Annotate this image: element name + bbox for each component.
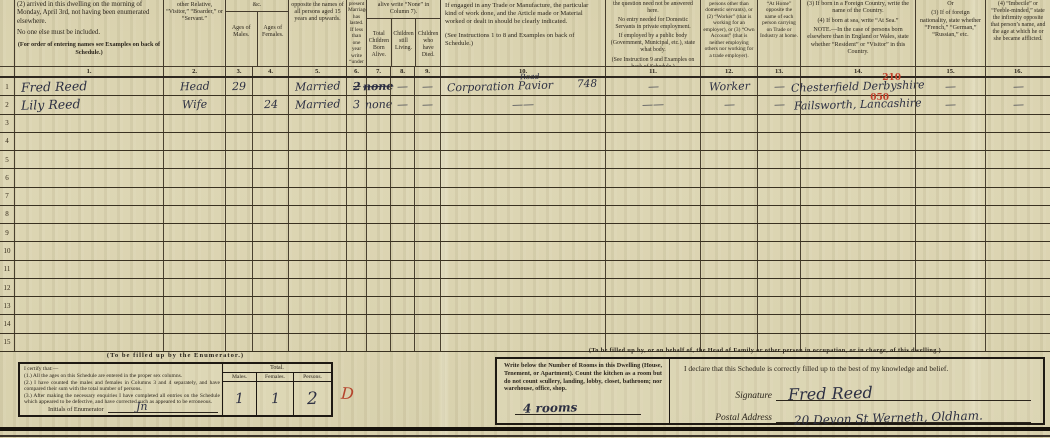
table-cell xyxy=(757,133,800,150)
table-cell xyxy=(915,224,985,241)
table-cell xyxy=(414,279,440,296)
table-cell xyxy=(346,188,366,205)
table-cell xyxy=(440,224,605,241)
column-header-working-at-home: “At Home” opposite the name of each pers… xyxy=(757,0,800,66)
column-header-band: (2) arrived in this dwelling on the morn… xyxy=(0,0,1050,66)
clerk-annotation: Road xyxy=(520,72,540,82)
handwritten-entry: 29 xyxy=(232,80,246,93)
table-cell xyxy=(366,261,390,278)
totals-col-persons: Persons. xyxy=(293,373,331,381)
table-cell xyxy=(605,169,700,186)
table-cell: 29 xyxy=(225,78,252,95)
table-cell xyxy=(163,224,225,241)
handwritten-entry: Corporation Pavior xyxy=(447,79,553,95)
red-ink-annotation: D xyxy=(341,384,355,404)
table-cell xyxy=(605,297,700,314)
table-cell xyxy=(985,224,1050,241)
table-row: 5 xyxy=(0,151,1050,169)
table-cell xyxy=(225,334,252,351)
table-cell xyxy=(252,115,288,132)
column-header-marriage-years: present Marriage has lasted. If less tha… xyxy=(346,0,366,66)
table-cell xyxy=(225,224,252,241)
handwritten-entry: — xyxy=(723,98,734,111)
table-cell xyxy=(414,115,440,132)
table-cell xyxy=(440,133,605,150)
table-cell xyxy=(915,151,985,168)
column-header-marriage: opposite the names of all persons aged 1… xyxy=(288,0,346,66)
table-cell xyxy=(252,315,288,332)
table-cell xyxy=(252,242,288,259)
column-number: 5. xyxy=(288,67,346,76)
table-cell xyxy=(414,334,440,351)
header-text: If employed by a public body (Government… xyxy=(609,33,697,54)
column-header-occupation: If engaged in any Trade or Manufacture, … xyxy=(440,0,605,66)
table-cell xyxy=(288,297,346,314)
table-cell xyxy=(605,133,700,150)
table-cell: — xyxy=(414,78,440,95)
table-cell xyxy=(440,115,605,132)
rooms-instruction-box: Write below the Number of Rooms in this … xyxy=(497,359,670,423)
total-males-value: 1 xyxy=(235,390,244,406)
table-cell xyxy=(346,334,366,351)
table-cell xyxy=(14,224,163,241)
table-cell xyxy=(440,297,605,314)
totals-header-row: Males. Females. Persons. xyxy=(223,373,331,382)
certify-intro: I certify that:— xyxy=(24,366,220,372)
rooms-answer-line: 4 rooms xyxy=(515,401,641,415)
handwritten-entry: — xyxy=(647,80,658,93)
postal-address-row: Postal Address 20 Devon St Werneth, Oldh… xyxy=(684,407,1031,423)
table-cell xyxy=(414,224,440,241)
column-number: 4. xyxy=(252,67,288,76)
header-text: (3) If born in a Foreign Country, write … xyxy=(804,1,912,16)
column-header-ages-females: Ages of Females. xyxy=(257,12,289,66)
table-cell xyxy=(390,315,414,332)
column-number: 11. xyxy=(605,67,700,76)
table-cell: — xyxy=(605,78,700,95)
rooms-handwritten-value: 4 rooms xyxy=(523,400,578,416)
table-cell xyxy=(346,242,366,259)
header-text: alive write “None” in Column 7). xyxy=(367,0,440,19)
table-cell xyxy=(700,206,757,223)
table-cell xyxy=(163,169,225,186)
table-cell xyxy=(605,261,700,278)
postal-address-handwritten: 20 Devon St Werneth, Oldham. xyxy=(794,409,983,428)
table-cell xyxy=(440,315,605,332)
column-header-relationship: other Relative, “Visitor,” “Boarder,” or… xyxy=(163,0,225,66)
table-cell xyxy=(225,115,252,132)
table-cell xyxy=(346,169,366,186)
row-number: 10 xyxy=(0,242,14,259)
table-cell xyxy=(414,206,440,223)
table-cell xyxy=(800,133,915,150)
table-cell xyxy=(700,188,757,205)
table-cell xyxy=(252,224,288,241)
table-cell: Wife xyxy=(163,96,225,113)
table-cell xyxy=(252,78,288,95)
table-cell xyxy=(225,169,252,186)
row-number: 4 xyxy=(0,133,14,150)
row-number: 8 xyxy=(0,206,14,223)
table-cell: 3 xyxy=(346,96,366,113)
table-cell xyxy=(346,261,366,278)
table-cell xyxy=(288,188,346,205)
header-text: Or xyxy=(918,1,983,8)
table-cell xyxy=(14,133,163,150)
table-cell xyxy=(288,334,346,351)
table-cell xyxy=(163,151,225,168)
column-number: 9. xyxy=(414,67,440,76)
table-cell xyxy=(800,261,915,278)
table-cell xyxy=(366,188,390,205)
header-text: NOTE.—In the case of persons born elsewh… xyxy=(804,27,912,56)
handwritten-entry: Failsworth, Lancashire xyxy=(794,97,922,113)
table-cell xyxy=(757,315,800,332)
table-cell xyxy=(757,297,800,314)
table-cell xyxy=(757,224,800,241)
table-cell: — xyxy=(390,78,414,95)
table-cell xyxy=(14,297,163,314)
initials-label: Initials of Enumerator xyxy=(48,406,104,413)
householder-box: Write below the Number of Rooms in this … xyxy=(495,357,1045,425)
table-row: 4 xyxy=(0,133,1050,151)
header-text: (3) If of foreign nationality, state whe… xyxy=(918,10,983,39)
table-cell xyxy=(915,297,985,314)
row-number: 2 xyxy=(0,96,14,113)
table-cell xyxy=(700,261,757,278)
totals-col-females: Females. xyxy=(256,373,293,381)
total-females-value: 1 xyxy=(270,390,279,406)
table-cell xyxy=(985,206,1050,223)
table-cell xyxy=(414,315,440,332)
table-cell xyxy=(605,279,700,296)
totals-values-row: 1 1 2 xyxy=(223,382,331,415)
total-persons-value: 2 xyxy=(307,388,318,408)
table-cell xyxy=(346,206,366,223)
table-cell xyxy=(366,115,390,132)
red-ink-code: 050 xyxy=(870,93,889,103)
table-cell xyxy=(225,297,252,314)
signature-handwritten: Fred Reed xyxy=(788,383,873,404)
handwritten-entry: 24 xyxy=(263,98,277,111)
table-cell xyxy=(390,224,414,241)
table-cell xyxy=(288,206,346,223)
red-ink-code: 210 xyxy=(882,73,901,83)
table-cell xyxy=(14,206,163,223)
header-text: No one else must be included. xyxy=(17,29,161,37)
table-cell: Lily Reed xyxy=(14,96,163,113)
table-row: 2Lily ReedWife24Married3none————————Fail… xyxy=(0,96,1050,114)
handwritten-entry: — xyxy=(1012,80,1023,93)
handwritten-entry: 2 xyxy=(353,80,361,93)
table-cell xyxy=(390,242,414,259)
handwritten-entry: — xyxy=(773,80,784,93)
table-cell xyxy=(163,206,225,223)
table-cell: Head xyxy=(163,78,225,95)
column-number: 13. xyxy=(757,67,800,76)
column-number: 12. xyxy=(700,67,757,76)
column-number: 6. xyxy=(346,67,366,76)
enumerator-initials-row: Initials of Enumerator Jn xyxy=(48,403,218,413)
table-cell xyxy=(252,261,288,278)
table-cell xyxy=(700,279,757,296)
table-cell xyxy=(14,279,163,296)
table-cell xyxy=(915,279,985,296)
table-cell: Worker xyxy=(700,78,757,95)
table-cell: Chesterfield Derbyshire210050 xyxy=(800,78,915,95)
initials-handwritten: Jn xyxy=(135,400,147,413)
table-cell xyxy=(915,261,985,278)
table-cell xyxy=(366,297,390,314)
table-cell xyxy=(915,169,985,186)
handwritten-entry: Fred Reed xyxy=(21,78,88,95)
column-header-infirmity: (4) “Imbecile” or “Feeble-minded,” state… xyxy=(985,0,1050,66)
handwritten-entry: —— xyxy=(512,98,534,112)
row-number: 3 xyxy=(0,115,14,132)
header-text: (See Instructions 1 to 8 and Examples on… xyxy=(445,32,601,48)
column-header-employment-status: persons other than domestic servants), o… xyxy=(700,0,757,66)
table-cell xyxy=(288,133,346,150)
table-cell xyxy=(605,151,700,168)
table-cell xyxy=(700,242,757,259)
table-cell xyxy=(440,206,605,223)
table-cell xyxy=(800,242,915,259)
column-header-children: alive write “None” in Column 7). Total C… xyxy=(366,0,440,66)
table-cell xyxy=(700,297,757,314)
table-cell xyxy=(800,279,915,296)
handwritten-entry: — xyxy=(397,80,408,93)
column-header-ages: &c. Ages of Males. Ages of Females. xyxy=(225,0,288,66)
table-cell xyxy=(390,297,414,314)
table-cell xyxy=(390,133,414,150)
occupation-code: 748 xyxy=(577,78,597,91)
handwritten-entry: — xyxy=(422,98,433,111)
table-cell xyxy=(346,151,366,168)
schedule-body: 1Fred ReedHead29Married2none——Corporatio… xyxy=(0,78,1050,352)
table-cell xyxy=(225,151,252,168)
table-cell xyxy=(366,279,390,296)
column-header-nationality: Or (3) If of foreign nationality, state … xyxy=(915,0,985,66)
table-cell xyxy=(252,188,288,205)
header-text: the question need not be answered here. xyxy=(609,1,697,15)
table-cell xyxy=(985,169,1050,186)
table-cell xyxy=(605,206,700,223)
table-cell xyxy=(757,206,800,223)
handwritten-entry: — xyxy=(422,80,433,93)
header-text: If engaged in any Trade or Manufacture, … xyxy=(445,2,601,26)
table-cell xyxy=(915,133,985,150)
table-cell: Fred Reed xyxy=(14,78,163,95)
table-cell xyxy=(414,169,440,186)
table-cell: none xyxy=(366,96,390,113)
table-cell xyxy=(605,224,700,241)
census-schedule-sheet: (2) arrived in this dwelling on the morn… xyxy=(0,0,1050,438)
row-number: 11 xyxy=(0,261,14,278)
handwritten-entry: Chesterfield Derbyshire xyxy=(791,78,925,94)
table-cell xyxy=(700,315,757,332)
table-cell xyxy=(225,261,252,278)
table-cell xyxy=(800,224,915,241)
table-cell: Corporation PaviorRoad748 xyxy=(440,78,605,95)
table-cell xyxy=(225,133,252,150)
declaration-area: I declare that this Schedule is correctl… xyxy=(670,359,1043,423)
table-cell: — xyxy=(414,96,440,113)
table-cell xyxy=(440,188,605,205)
table-cell xyxy=(390,188,414,205)
handwritten-entry: Wife xyxy=(182,98,208,112)
table-cell xyxy=(366,242,390,259)
table-cell xyxy=(985,115,1050,132)
table-cell xyxy=(985,188,1050,205)
column-number: 7. xyxy=(366,67,390,76)
householder-section-heading: (To be filled up by, or on behalf of, th… xyxy=(500,347,1030,354)
table-cell xyxy=(985,261,1050,278)
table-cell xyxy=(252,334,288,351)
handwritten-entry: 3 xyxy=(353,98,360,111)
table-cell xyxy=(700,133,757,150)
table-cell: Failsworth, Lancashire xyxy=(800,96,915,113)
handwritten-entry: — xyxy=(773,98,784,111)
table-cell xyxy=(915,206,985,223)
table-cell xyxy=(414,297,440,314)
column-header-ages-males: Ages of Males. xyxy=(226,12,257,66)
table-cell xyxy=(288,151,346,168)
header-text: (4) If born at sea, write “At Sea.” xyxy=(804,18,912,25)
table-row: 10 xyxy=(0,242,1050,260)
handwritten-entry: — xyxy=(945,98,956,111)
table-cell xyxy=(14,151,163,168)
table-cell xyxy=(985,297,1050,314)
table-cell xyxy=(390,115,414,132)
column-number: 15. xyxy=(915,67,985,76)
table-cell xyxy=(366,334,390,351)
table-cell xyxy=(800,297,915,314)
table-cell xyxy=(605,315,700,332)
table-cell xyxy=(440,279,605,296)
handwritten-entry: —— xyxy=(642,98,664,112)
table-cell xyxy=(915,115,985,132)
table-cell: — xyxy=(985,96,1050,113)
handwritten-entry: — xyxy=(397,98,408,111)
table-cell xyxy=(440,151,605,168)
bottom-rule xyxy=(0,427,1050,431)
table-cell xyxy=(163,115,225,132)
table-cell xyxy=(800,169,915,186)
column-number: 3. xyxy=(225,67,252,76)
table-cell: Married xyxy=(288,78,346,95)
table-cell xyxy=(800,115,915,132)
table-cell xyxy=(390,279,414,296)
table-cell xyxy=(14,188,163,205)
table-cell xyxy=(915,315,985,332)
table-cell xyxy=(163,297,225,314)
table-cell xyxy=(800,188,915,205)
table-row: 11 xyxy=(0,261,1050,279)
table-cell: 24 xyxy=(252,96,288,113)
table-cell xyxy=(800,151,915,168)
column-number: 8. xyxy=(390,67,414,76)
table-cell xyxy=(14,334,163,351)
table-cell xyxy=(346,224,366,241)
table-cell xyxy=(346,315,366,332)
table-cell xyxy=(225,96,252,113)
header-text: &c. xyxy=(226,0,288,12)
enumerator-box: I certify that:— (1.) All the ages on th… xyxy=(18,362,333,417)
bottom-rule-thin xyxy=(0,435,1050,437)
table-cell xyxy=(390,206,414,223)
table-cell xyxy=(366,133,390,150)
table-cell xyxy=(225,279,252,296)
table-cell xyxy=(288,315,346,332)
table-cell xyxy=(163,188,225,205)
table-cell: —— xyxy=(605,96,700,113)
row-number: 12 xyxy=(0,279,14,296)
table-cell xyxy=(390,261,414,278)
signature-row: Signature Fred Reed xyxy=(684,385,1031,401)
table-cell xyxy=(225,242,252,259)
column-header-children-living: Children still Living. xyxy=(391,19,416,66)
table-row: 13 xyxy=(0,297,1050,315)
table-row: 8 xyxy=(0,206,1050,224)
header-text: No entry needed for Domestic Servants in… xyxy=(609,17,697,31)
row-number: 7 xyxy=(0,188,14,205)
initials-line: Jn xyxy=(108,403,218,413)
table-cell xyxy=(440,261,605,278)
row-number: 13 xyxy=(0,297,14,314)
table-cell: Married xyxy=(288,96,346,113)
column-number: 16. xyxy=(985,67,1050,76)
handwritten-entry: Married xyxy=(295,98,341,112)
table-cell xyxy=(288,224,346,241)
column-header-instructions: (2) arrived in this dwelling on the morn… xyxy=(14,0,163,66)
table-cell: — xyxy=(390,96,414,113)
table-cell xyxy=(288,279,346,296)
table-cell xyxy=(366,169,390,186)
enumerator-certification: I certify that:— (1.) All the ages on th… xyxy=(24,366,220,406)
table-cell xyxy=(414,151,440,168)
table-cell xyxy=(985,279,1050,296)
certify-item: (2.) I have counted the males and female… xyxy=(24,380,220,393)
table-cell xyxy=(14,169,163,186)
table-cell: — xyxy=(985,78,1050,95)
table-cell xyxy=(163,242,225,259)
totals-table: Total. Males. Females. Persons. 1 1 2 xyxy=(222,364,331,415)
handwritten-entry: — xyxy=(1012,98,1023,111)
table-cell xyxy=(700,224,757,241)
table-cell xyxy=(757,261,800,278)
table-cell xyxy=(757,279,800,296)
header-text: (2) arrived in this dwelling on the morn… xyxy=(17,1,161,26)
handwritten-entry: none xyxy=(365,98,393,112)
table-cell xyxy=(366,224,390,241)
table-cell xyxy=(288,169,346,186)
table-cell xyxy=(700,151,757,168)
table-row: 7 xyxy=(0,188,1050,206)
table-row: 14 xyxy=(0,315,1050,333)
totals-col-males: Males. xyxy=(223,373,256,381)
column-header-birthplace: (3) If born in a Foreign Country, write … xyxy=(800,0,915,66)
table-cell xyxy=(605,242,700,259)
table-cell xyxy=(757,242,800,259)
table-cell xyxy=(757,188,800,205)
table-cell xyxy=(14,315,163,332)
table-cell xyxy=(288,115,346,132)
column-header-children-died: Children who have Died. xyxy=(415,19,440,66)
declaration-text: I declare that this Schedule is correctl… xyxy=(684,364,1033,373)
table-cell xyxy=(390,334,414,351)
table-cell xyxy=(288,261,346,278)
table-cell xyxy=(440,169,605,186)
